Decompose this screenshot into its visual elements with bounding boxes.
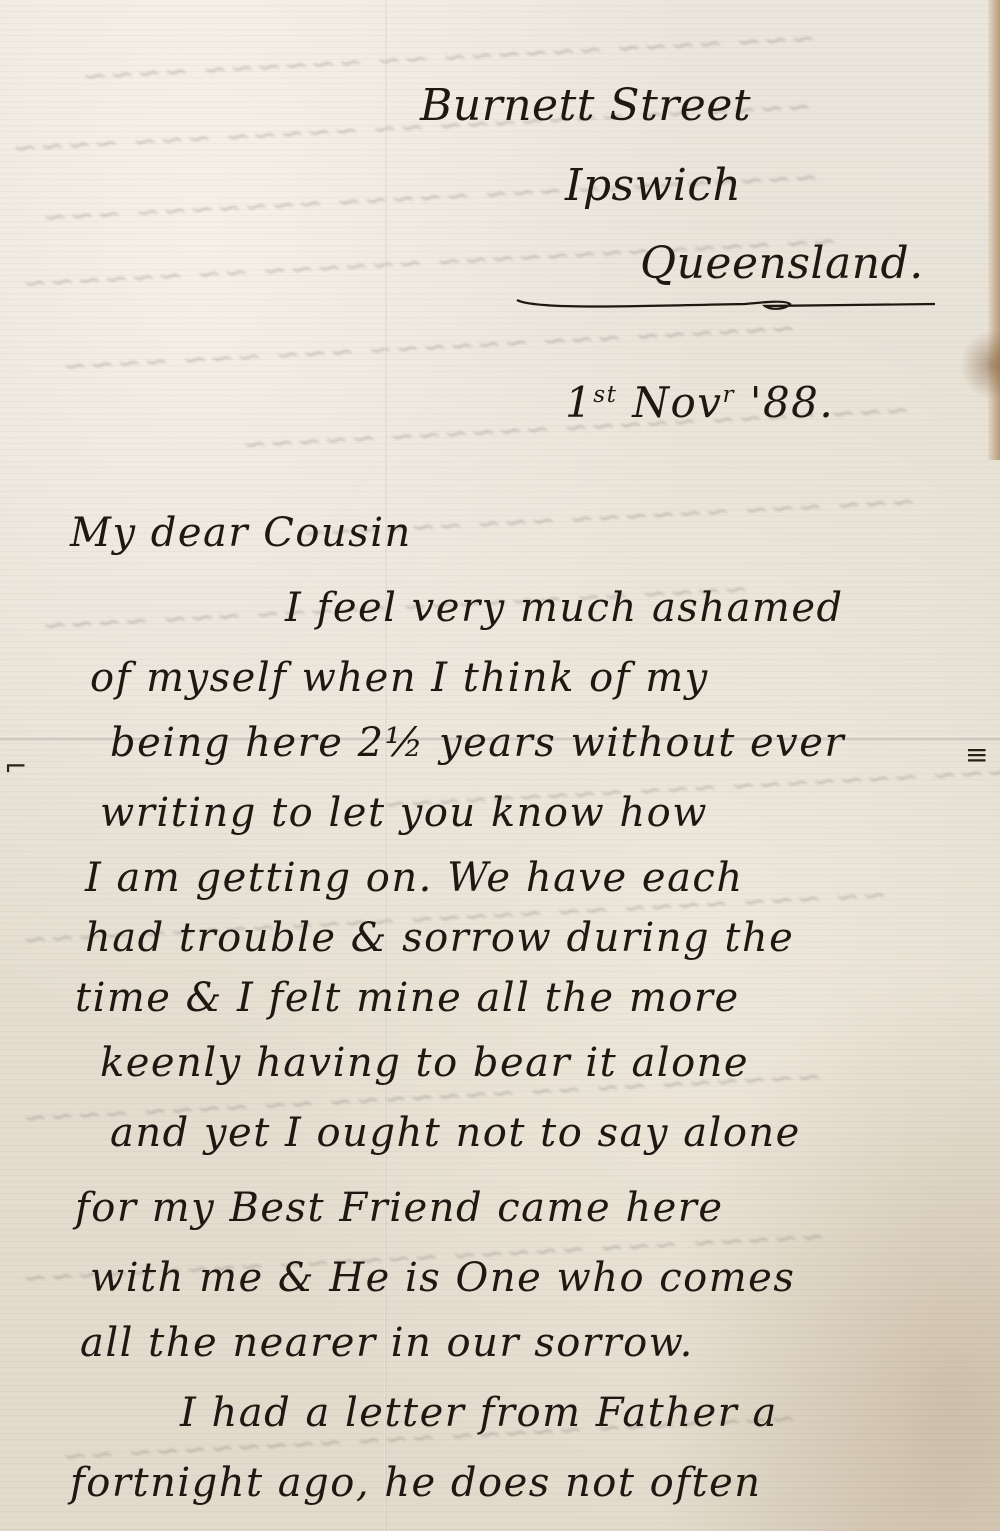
body-line: being here 2½ years without ever [110, 720, 845, 766]
letter-sheet: ~~~ ~~~~ ~~~~~~ ~~ ~~~~~~ ~~~~ ~~~~ ~~ ~… [0, 0, 1000, 1531]
body-line: keenly having to bear it alone [100, 1040, 749, 1086]
body-line: for my Best Friend came here [75, 1185, 724, 1231]
body-line: I feel very much ashamed [285, 585, 844, 631]
body-line: writing to let you know how [100, 790, 708, 836]
address-line-city: Ipswich [565, 160, 741, 211]
body-line: I had a letter from Father a [180, 1390, 778, 1436]
address-line-state: Queensland. [640, 238, 924, 289]
right-margin-mark: ≡ [965, 738, 988, 771]
address-underline-flourish [515, 296, 935, 310]
bleed-through-text: ~~~~~~ ~~~ ~~~~~~ ~~~ ~~~ ~~~~ [60, 311, 797, 384]
body-line: had trouble & sorrow during the [85, 915, 794, 961]
address-line-street: Burnett Street [420, 80, 751, 131]
body-line: and yet I ought not to say alone [110, 1110, 801, 1156]
body-line: I am getting on. We have each [85, 855, 744, 901]
left-margin-mark: ⌐ [4, 750, 27, 783]
body-line: of myself when I think of my [90, 655, 709, 701]
body-line-with-emphasis: with me & He is One who comes [90, 1255, 795, 1301]
letter-date: 1st Novr '88. [565, 378, 834, 427]
body-line: all the nearer in our sorrow. [80, 1320, 694, 1366]
body-line: time & I felt mine all the more [75, 975, 740, 1021]
ink-stain [960, 330, 1000, 400]
body-line: fortnight ago, he does not often [70, 1460, 762, 1506]
salutation: My dear Cousin [70, 510, 412, 556]
